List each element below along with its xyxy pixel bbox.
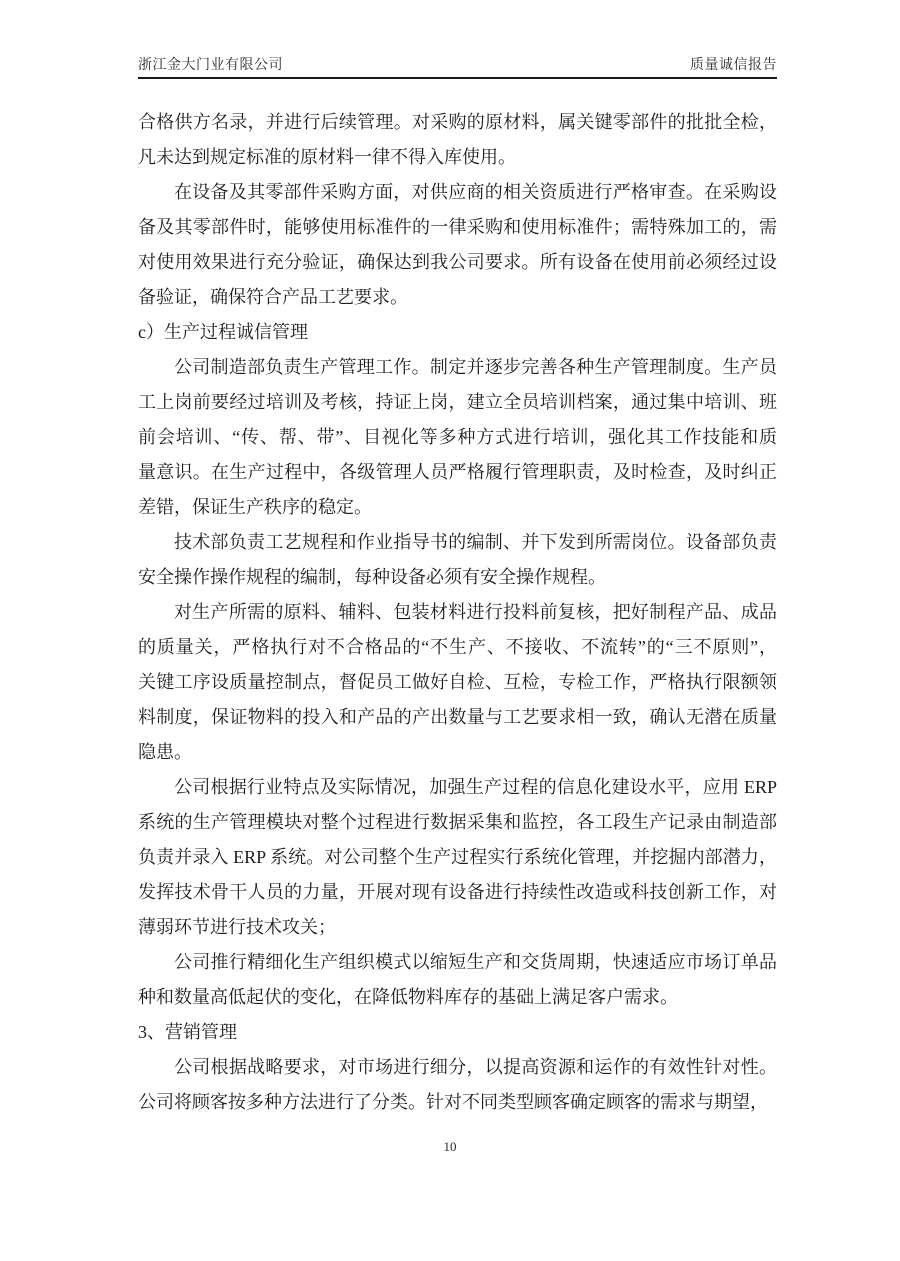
text-line: 系统的生产管理模块对整个过程进行数据采集和监控，各工段生产记录由制造部: [138, 805, 777, 840]
text-line: 安全操作操作规程的编制，每种设备必须有安全操作规程。: [138, 560, 777, 595]
paragraph: 公司根据行业特点及实际情况，加强生产过程的信息化建设水平，应用 ERP系统的生产…: [138, 770, 777, 945]
text-line: 隐患。: [138, 735, 777, 770]
text-line: 量意识。在生产过程中，各级管理人员严格履行管理职责，及时检查，及时纠正: [138, 455, 777, 490]
paragraph: 合格供方名录，并进行后续管理。对采购的原材料，属关键零部件的批批全检，凡未达到规…: [138, 105, 777, 175]
text-line: 种和数量高低起伏的变化，在降低物料库存的基础上满足客户需求。: [138, 980, 777, 1015]
paragraph: 对生产所需的原料、辅料、包装材料进行投料前复核，把好制程产品、成品的质量关，严格…: [138, 595, 777, 770]
text-line: 对使用效果进行充分验证，确保达到我公司要求。所有设备在使用前必须经过设: [138, 245, 777, 280]
text-line: 料制度，保证物料的投入和产品的产出数量与工艺要求相一致，确认无潜在质量: [138, 700, 777, 735]
text-line: 差错，保证生产秩序的稳定。: [138, 490, 777, 525]
text-line: 公司根据行业特点及实际情况，加强生产过程的信息化建设水平，应用 ERP: [138, 770, 777, 805]
text-line: 发挥技术骨干人员的力量，开展对现有设备进行持续性改造或科技创新工作，对: [138, 875, 777, 910]
text-line: 公司推行精细化生产组织模式以缩短生产和交货周期，快速适应市场订单品: [138, 945, 777, 980]
header-divider-line: [138, 77, 777, 79]
text-line: 合格供方名录，并进行后续管理。对采购的原材料，属关键零部件的批批全检，: [138, 105, 777, 140]
text-line: 公司根据战略要求，对市场进行细分，以提高资源和运作的有效性针对性。: [138, 1050, 777, 1085]
header-company-name: 浙江金大门业有限公司: [138, 54, 283, 74]
header-report-title: 质量诚信报告: [690, 54, 777, 74]
paragraph: 在设备及其零部件采购方面，对供应商的相关资质进行严格审查。在采购设备及其零部件时…: [138, 175, 777, 315]
section-heading: c）生产过程诚信管理: [138, 315, 777, 350]
paragraph: 公司制造部负责生产管理工作。制定并逐步完善各种生产管理制度。生产员工上岗前要经过…: [138, 350, 777, 525]
text-line: 在设备及其零部件采购方面，对供应商的相关资质进行严格审查。在采购设: [138, 175, 777, 210]
paragraph: 技术部负责工艺规程和作业指导书的编制、并下发到所需岗位。设备部负责安全操作操作规…: [138, 525, 777, 595]
text-line: c）生产过程诚信管理: [138, 315, 777, 350]
text-line: 负责并录入 ERP 系统。对公司整个生产过程实行系统化管理，并挖掘内部潜力，: [138, 840, 777, 875]
text-line: 前会培训、“传、帮、带”、目视化等多种方式进行培训，强化其工作技能和质: [138, 420, 777, 455]
text-line: 公司制造部负责生产管理工作。制定并逐步完善各种生产管理制度。生产员: [138, 350, 777, 385]
text-line: 对生产所需的原料、辅料、包装材料进行投料前复核，把好制程产品、成品: [138, 595, 777, 630]
text-line: 备验证，确保符合产品工艺要求。: [138, 280, 777, 315]
paragraph: 公司推行精细化生产组织模式以缩短生产和交货周期，快速适应市场订单品种和数量高低起…: [138, 945, 777, 1015]
document-body: 合格供方名录，并进行后续管理。对采购的原材料，属关键零部件的批批全检，凡未达到规…: [138, 105, 777, 1120]
text-line: 关键工序设质量控制点，督促员工做好自检、互检，专检工作，严格执行限额领: [138, 665, 777, 700]
section-heading: 3、营销管理: [138, 1015, 777, 1050]
text-line: 3、营销管理: [138, 1015, 777, 1050]
text-line: 备及其零部件时，能够使用标准件的一律采购和使用标准件；需特殊加工的，需: [138, 210, 777, 245]
text-line: 的质量关，严格执行对不合格品的“不生产、不接收、不流转”的“三不原则”，: [138, 630, 777, 665]
text-line: 技术部负责工艺规程和作业指导书的编制、并下发到所需岗位。设备部负责: [138, 525, 777, 560]
page-number: 10: [0, 1139, 900, 1155]
text-line: 公司将顾客按多种方法进行了分类。针对不同类型顾客确定顾客的需求与期望，: [138, 1085, 777, 1120]
text-line: 薄弱环节进行技术攻关；: [138, 910, 777, 945]
text-line: 工上岗前要经过培训及考核，持证上岗，建立全员培训档案，通过集中培训、班: [138, 385, 777, 420]
paragraph: 公司根据战略要求，对市场进行细分，以提高资源和运作的有效性针对性。公司将顾客按多…: [138, 1050, 777, 1120]
text-line: 凡未达到规定标准的原材料一律不得入库使用。: [138, 140, 777, 175]
